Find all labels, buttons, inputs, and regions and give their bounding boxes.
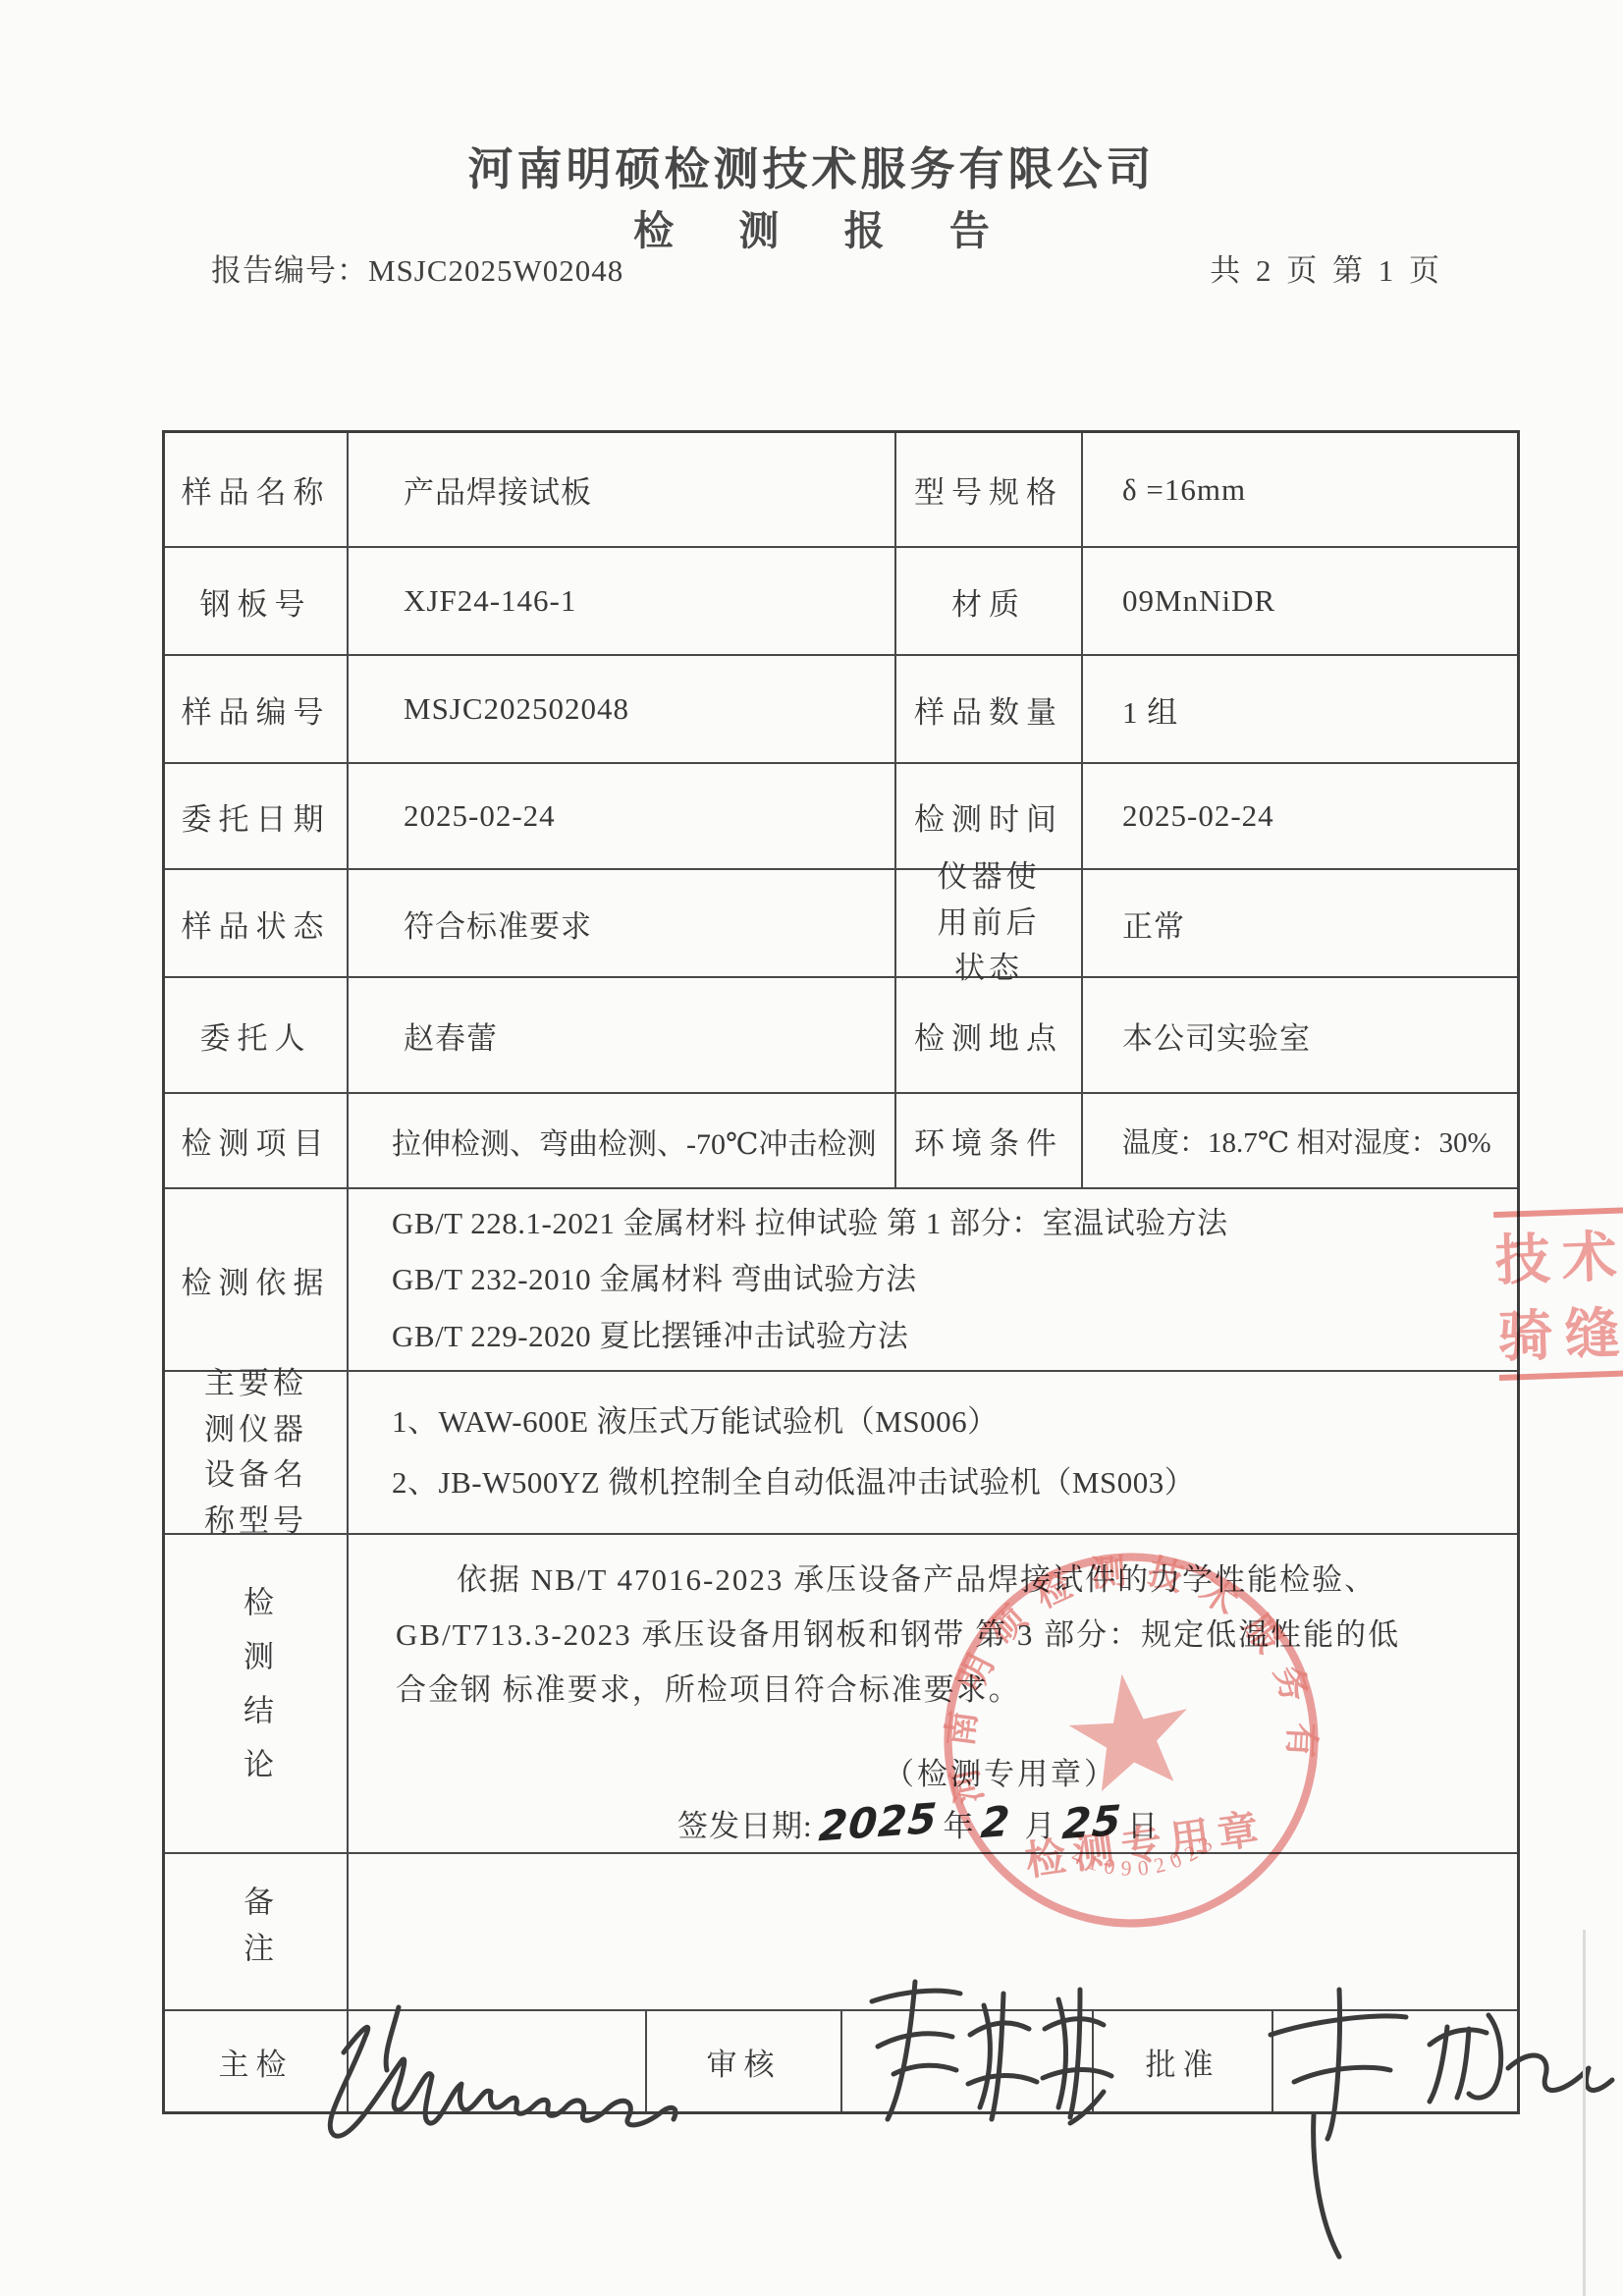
handwritten-month: 2 — [979, 1797, 1012, 1847]
inspector-signature-cell — [349, 2011, 647, 2111]
equipment-label-text: 主要检测仪器设备名称型号 — [190, 1361, 322, 1544]
conclusion-label-text: 检测结论 — [234, 1586, 278, 1802]
sign-date-line: 签发日期:2025年2 月25日 — [677, 1798, 1159, 1846]
conclusion-label: 检测结论 — [165, 1535, 349, 1854]
seal-note: （检测专用章） — [884, 1749, 1117, 1793]
report-table: 样品名称 产品焊接试板 型号规格 δ =16mm 钢板号 XJF24-146-1… — [162, 430, 1520, 2114]
year-char: 年 — [944, 1809, 975, 1843]
remark-label-text: 备注 — [234, 1886, 278, 1978]
equipment-line: 1、WAW-600E 液压式万能试验机（MS006） — [392, 1392, 999, 1452]
row-label: 钢板号 — [165, 548, 349, 656]
basis-content: GB/T 228.1-2021 金属材料 拉伸试验 第 1 部分：室温试验方法 … — [349, 1189, 1517, 1372]
approver-signature-cell — [1273, 2011, 1517, 2111]
row-value: 09MnNiDR — [1083, 548, 1517, 656]
row-label: 委托日期 — [165, 764, 349, 870]
report-number-value: MSJC2025W02048 — [368, 253, 623, 288]
row-label: 检测地点 — [896, 978, 1083, 1094]
row-label: 型号规格 — [896, 433, 1083, 548]
basis-line: GB/T 228.1-2021 金属材料 拉伸试验 第 1 部分：室温试验方法 — [392, 1195, 1228, 1251]
equipment-line: 2、JB-W500YZ 微机控制全自动低温冲击试验机（MS003） — [392, 1452, 1195, 1513]
row-label: 样品编号 — [165, 656, 349, 764]
scan-artifact-line — [1583, 1930, 1586, 2296]
row-value: 2025-02-24 — [349, 764, 896, 870]
handwritten-day: 25 — [1060, 1796, 1123, 1849]
basis-line: GB/T 229-2020 夏比摆锤冲击试验方法 — [392, 1308, 908, 1364]
row-value: 拉伸检测、弯曲检测、-70℃冲击检测 — [349, 1094, 896, 1189]
row-value: 符合标准要求 — [349, 870, 896, 978]
row-value: 温度：18.7℃ 相对湿度：30% — [1083, 1094, 1517, 1189]
row-value: 产品焊接试板 — [349, 433, 896, 548]
row-value: 2025-02-24 — [1083, 764, 1517, 870]
conclusion-text: 依据 NB/T 47016-2023 承压设备产品焊接试件的力学性能检验、GB/… — [396, 1553, 1429, 1717]
sign-date-label: 签发日期: — [677, 1809, 813, 1843]
handwritten-year: 2025 — [817, 1794, 939, 1851]
row-value: δ =16mm — [1083, 433, 1517, 548]
remark-content — [349, 1854, 1517, 2011]
row-value: 1 组 — [1083, 656, 1517, 764]
row-label: 环境条件 — [896, 1094, 1083, 1189]
row-value: 正常 — [1083, 870, 1517, 978]
signature-row: 主检 审核 批准 — [165, 2011, 1517, 2111]
inspector-label: 主检 — [165, 2011, 349, 2111]
row-label: 样品状态 — [165, 870, 349, 978]
equipment-label: 主要检测仪器设备名称型号 — [165, 1372, 349, 1535]
row-value: XJF24-146-1 — [349, 548, 896, 656]
reviewer-signature-cell — [842, 2011, 1094, 2111]
company-name: 河南明硕检测技术服务有限公司 — [0, 134, 1623, 198]
report-number-label: 报告编号： — [211, 253, 368, 288]
row-value: 本公司实验室 — [1083, 978, 1517, 1094]
month-char: 月 — [1025, 1809, 1056, 1843]
row-label: 检测项目 — [165, 1094, 349, 1189]
row-label: 委托人 — [165, 978, 349, 1094]
scanned-test-report-page: { "header": { "company_name": "河南明硕检测技术服… — [0, 0, 1623, 2296]
conclusion-content: 依据 NB/T 47016-2023 承压设备产品焊接试件的力学性能检验、GB/… — [349, 1535, 1517, 1854]
row-label: 材质 — [896, 548, 1083, 656]
row-label: 样品名称 — [165, 433, 349, 548]
remark-label: 备注 — [165, 1854, 349, 2011]
basis-label: 检测依据 — [165, 1189, 349, 1372]
approver-label: 批准 — [1094, 2011, 1273, 2111]
report-number: 报告编号：MSJC2025W02048 — [211, 246, 623, 290]
row-value: MSJC202502048 — [349, 656, 896, 764]
row-value: 赵春蕾 — [349, 978, 896, 1094]
page-indicator: 共 2 页 第 1 页 — [1210, 246, 1443, 290]
reviewer-label: 审核 — [647, 2011, 842, 2111]
equipment-content: 1、WAW-600E 液压式万能试验机（MS006） 2、JB-W500YZ 微… — [349, 1372, 1517, 1535]
day-char: 日 — [1127, 1809, 1159, 1843]
basis-line: GB/T 232-2010 金属材料 弯曲试验方法 — [392, 1251, 917, 1307]
row-label: 样品数量 — [896, 656, 1083, 764]
row-label: 仪器使用前后状态 — [896, 870, 1083, 978]
row-label-text: 仪器使用前后状态 — [926, 854, 1052, 992]
